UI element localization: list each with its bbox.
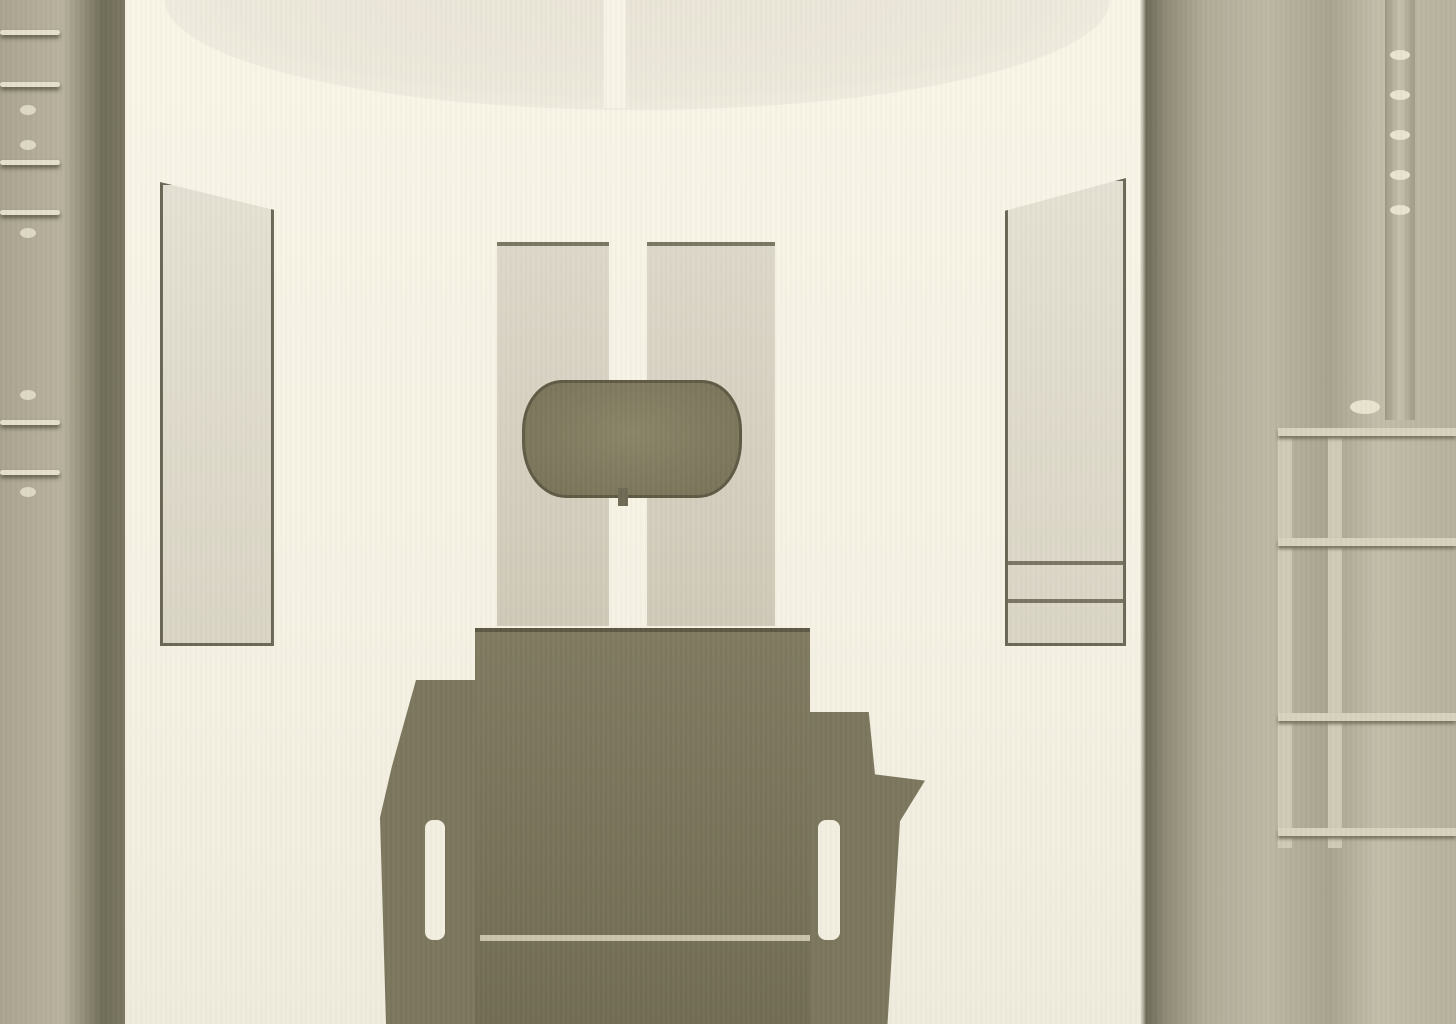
arm-gap (425, 820, 445, 940)
window-stripe (1008, 599, 1123, 603)
cage-bar (1278, 828, 1456, 836)
ceiling-dome (165, 0, 1110, 110)
pipe-knob (1390, 90, 1410, 100)
hinge-rung (0, 420, 60, 425)
door-cage (1268, 428, 1456, 848)
hinge-rung (0, 82, 60, 87)
hinge-rung (0, 160, 60, 165)
hinge-rung (0, 30, 60, 35)
hinge-rung (0, 470, 60, 475)
bolt (20, 390, 36, 400)
bolt (20, 105, 36, 115)
pipe-knob (1390, 170, 1410, 180)
cage-bar (1278, 428, 1456, 436)
ceiling-seam (604, 0, 626, 108)
cage-bar (1278, 713, 1456, 721)
bolt (20, 140, 36, 150)
window-stripe (1008, 561, 1123, 565)
chair-headrest (522, 380, 742, 498)
cage-post (1328, 428, 1342, 848)
cage-post (1278, 428, 1292, 848)
hinge-rung (0, 210, 60, 215)
left-door-jamb (0, 0, 125, 1024)
pipe-knob (1390, 50, 1410, 60)
chair-strap (480, 935, 810, 941)
pipe-knob (1390, 130, 1410, 140)
cage-bar (1278, 538, 1456, 546)
photograph (0, 0, 1456, 1024)
bolt (20, 228, 36, 238)
right-window (1005, 178, 1126, 646)
bolt (20, 487, 36, 497)
left-window (160, 182, 274, 646)
chair-back (475, 628, 810, 1024)
pipe-knob (1390, 205, 1410, 215)
arm-gap (818, 820, 840, 940)
headrest-stem (618, 488, 628, 506)
pipe-knob (1350, 400, 1380, 414)
